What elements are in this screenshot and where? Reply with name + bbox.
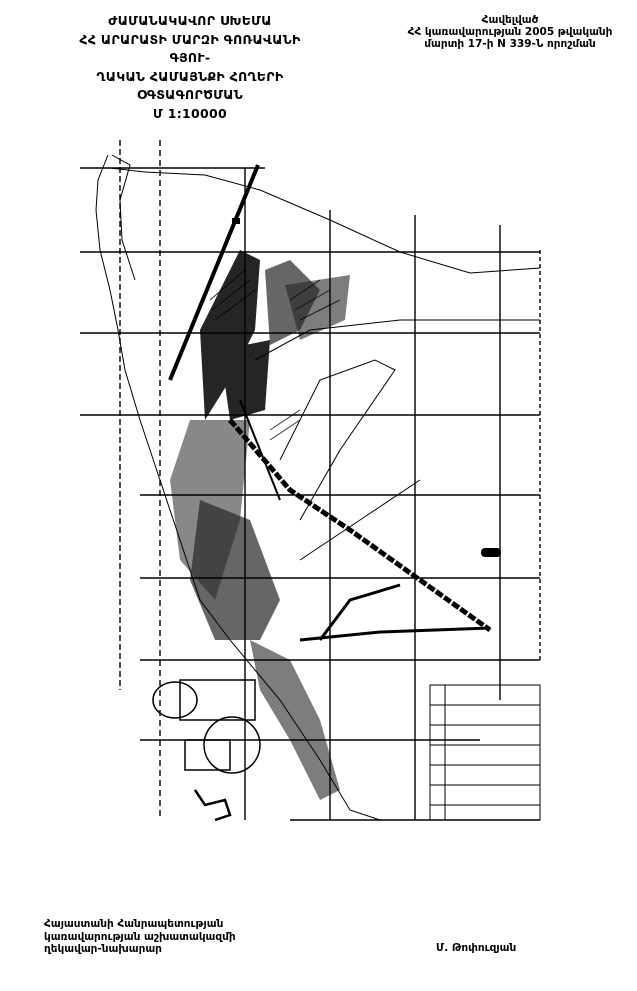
title-line-2: ՀՀ ԱՐԱՐԱՏԻ ՄԱՐԶԻ ԳՈՌԱՎԱՆԻ ԳՅՈՒ- [60, 31, 320, 68]
approval-line-2: ՀՀ կառավարության 2005 թվականի [390, 26, 630, 38]
scale-label: Մ 1:10000 [60, 105, 320, 124]
signatory-line-2: կառավարության աշխատակազմի [44, 931, 236, 944]
approval-line-1: Հավելված [390, 14, 630, 26]
signatory-line-3: ղեկավար-նախարար [44, 943, 236, 956]
title-line-1: ԺԱՄԱՆԱԿԱՎՈՐ ՍԽԵՄԱ [60, 12, 320, 31]
title-line-4: ՕԳՏԱԳՈՐԾՄԱՆ [60, 86, 320, 105]
map-title: ԺԱՄԱՆԱԿԱՎՈՐ ՍԽԵՄԱ ՀՀ ԱՐԱՐԱՏԻ ՄԱՐԶԻ ԳՈՌԱՎ… [60, 12, 320, 123]
title-line-3: ՂԱԿԱՆ ՀԱՄԱՅՆՔԻ ՀՈՂԵՐԻ [60, 68, 320, 87]
signatory-name: Մ. Թոփուզյան [436, 942, 516, 954]
land-use-map [0, 0, 637, 991]
stamps [153, 680, 260, 820]
legend-table [430, 685, 540, 820]
approval-line-3: մարտի 17-ի N 339-Ն որոշման [390, 38, 630, 50]
signatory-line-1: Հայաստանի Հանրապետության [44, 918, 236, 931]
approval-note: Հավելված ՀՀ կառավարության 2005 թվականի մ… [390, 14, 630, 50]
signatory-title: Հայաստանի Հանրապետության կառավարության ա… [44, 918, 236, 956]
